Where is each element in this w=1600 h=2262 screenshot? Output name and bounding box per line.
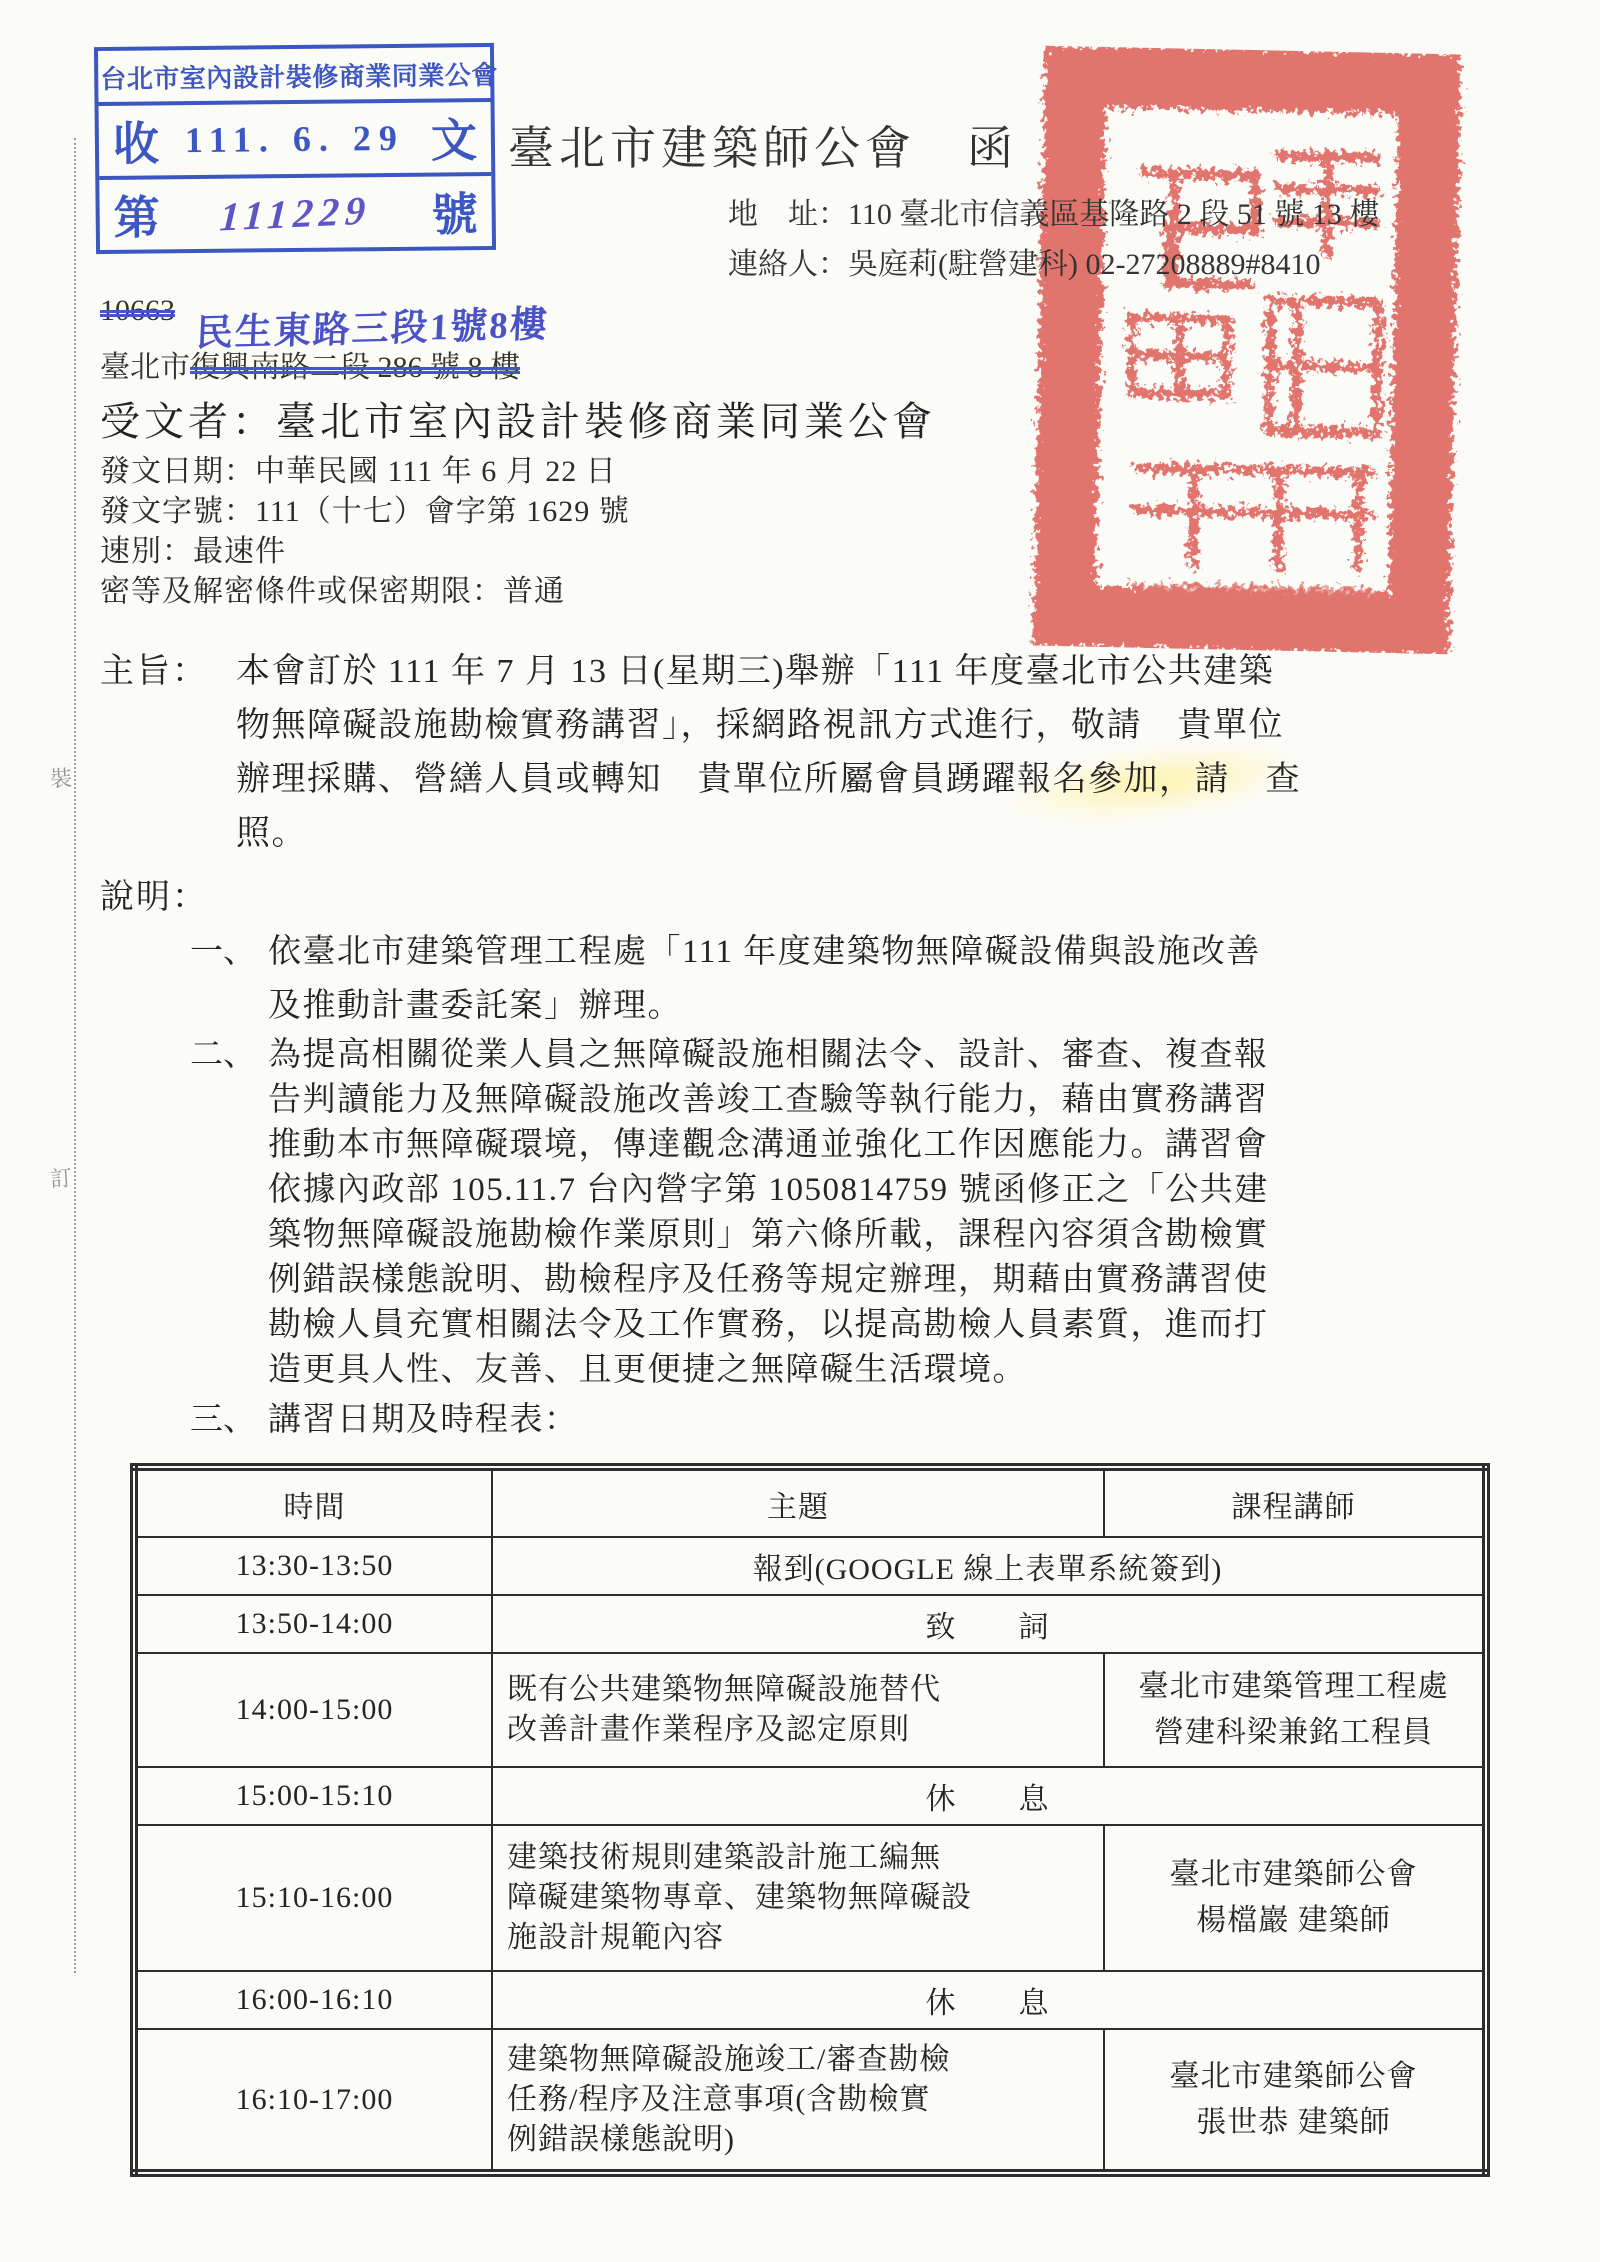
text-line: 臺北市建築師公會 xyxy=(1113,2054,1474,2100)
document-title: 臺北市建築師公會 函 xyxy=(508,112,1018,178)
receipt-stamp-date: 111. 6. 29 xyxy=(185,117,405,161)
text-line: 推動本市無障礙環境，傳達觀念溝通並強化工作因應能力。講習會 xyxy=(268,1123,1269,1168)
schedule-row: 15:10-16:00 建築技術規則建築設計施工編無 障礙建築物專章、建築物無障… xyxy=(134,1825,1486,1971)
text-line: 臺北市建築管理工程處 xyxy=(1113,1664,1474,1710)
header-time: 時間 xyxy=(134,1467,492,1537)
time-cell: 14:00-15:00 xyxy=(134,1653,492,1767)
receipt-stamp-number-row: 第 111229 號 xyxy=(99,176,492,250)
text-line: 建築技術規則建築設計施工編無 xyxy=(507,1838,1095,1878)
binding-dotted-line xyxy=(74,138,76,1973)
receipt-stamp-number-suffix: 號 xyxy=(431,178,478,244)
issue-date-line: 發文日期：中華民國 111 年 6 月 22 日 xyxy=(100,452,630,492)
topic-cell: 建築技術規則建築設計施工編無 障礙建築物專章、建築物無障礙設 施設計規範內容 xyxy=(492,1825,1104,1971)
subject-label: 主旨： xyxy=(100,645,236,861)
explanation-item-3: 三、 講習日期及時程表： xyxy=(190,1393,1520,1447)
text-line: 障礙建築物專章、建築物無障礙設 xyxy=(507,1878,1095,1918)
text-line: 營建科梁兼銘工程員 xyxy=(1113,1710,1474,1756)
schedule-row: 16:00-16:10 休 息 xyxy=(134,1971,1486,2029)
item-lines: 依臺北市建築管理工程處「111 年度建築物無障礙設備與設施改善 及推動計畫委託案… xyxy=(268,925,1261,1033)
text-line: 及推動計畫委託案」辦理。 xyxy=(268,979,1261,1033)
topic-cell: 建築物無障礙設施竣工/審查勘檢 任務/程序及注意事項(含勘檢實 例錯誤樣態說明) xyxy=(492,2029,1104,2173)
lecturer-cell: 臺北市建築師公會 張世恭 建築師 xyxy=(1104,2029,1486,2173)
text-line: 施設計規範內容 xyxy=(507,1918,1095,1958)
text-line: 依臺北市建築管理工程處「111 年度建築物無障礙設備與設施改善 xyxy=(268,925,1261,979)
header-topic: 主題 xyxy=(492,1467,1104,1537)
text-line: 建築物無障礙設施竣工/審查勘檢 xyxy=(507,2040,1095,2080)
time-cell: 16:10-17:00 xyxy=(134,2029,492,2173)
item-number: 三、 xyxy=(190,1393,268,1447)
security-class-line: 密等及解密條件或保密期限：普通 xyxy=(100,572,630,612)
text-line: 張世恭 建築師 xyxy=(1113,2100,1474,2146)
old-address-line: 臺北市復興南路二段 286 號 8 樓 xyxy=(100,342,520,386)
text-line: 改善計畫作業程序及認定原則 xyxy=(507,1710,1095,1750)
text-line: 照。 xyxy=(236,807,1301,861)
item-lines: 為提高相關從業人員之無障礙設施相關法令、設計、審查、複查報 告判讀能力及無障礙設… xyxy=(268,1033,1269,1393)
receipt-stamp: 台北市室內設計裝修商業同業公會 收 111. 6. 29 文 第 111229 … xyxy=(94,43,496,254)
subject-paragraph: 主旨： 本會訂於 111 年 7 月 13 日(星期三)舉辦「111 年度臺北市… xyxy=(100,645,1520,861)
text-line: 物無障礙設施勘檢實務講習」，採網路視訊方式進行，敬請 貴單位 xyxy=(236,699,1301,753)
explanation-item-2: 二、 為提高相關從業人員之無障礙設施相關法令、設計、審查、複查報 告判讀能力及無… xyxy=(190,1033,1520,1393)
old-address-city: 臺北市 xyxy=(100,351,190,384)
schedule-row: 14:00-15:00 既有公共建築物無障礙設施替代 改善計畫作業程序及認定原則… xyxy=(134,1653,1486,1767)
recipient-name: 臺北市室內設計裝修商業同業公會 xyxy=(276,399,936,444)
explanation-item-1: 一、 依臺北市建築管理工程處「111 年度建築物無障礙設備與設施改善 及推動計畫… xyxy=(190,925,1520,1033)
receipt-stamp-date-row: 收 111. 6. 29 文 xyxy=(99,102,492,180)
old-zip-line: 10663 xyxy=(100,294,175,328)
receipt-stamp-doc-label: 文 xyxy=(431,104,478,170)
item-number: 二、 xyxy=(190,1033,268,1393)
text-line: 築物無障礙設施勘檢作業原則」第六條所載，課程內容須含勘檢實 xyxy=(268,1213,1269,1258)
receipt-stamp-org: 台北市室內設計裝修商業同業公會 xyxy=(98,47,491,106)
old-zip-struck: 10663 xyxy=(100,294,175,327)
text-line: 為提高相關從業人員之無障礙設施相關法令、設計、審查、複查報 xyxy=(268,1033,1269,1078)
text-line: 楊檔巖 建築師 xyxy=(1113,1898,1474,1944)
subject-lines: 本會訂於 111 年 7 月 13 日(星期三)舉辦「111 年度臺北市公共建築… xyxy=(236,645,1301,861)
org-address-line: 地 址：110 臺北市信義區基隆路 2 段 51 號 13 樓 xyxy=(728,190,1379,240)
text-line: 勘檢人員充實相關法令及工作實務，以提高勘檢人員素質，進而打 xyxy=(268,1303,1269,1348)
schedule-row: 15:00-15:10 休 息 xyxy=(134,1767,1486,1825)
text-line: 臺北市建築師公會 xyxy=(1113,1852,1474,1898)
document-body: 主旨： 本會訂於 111 年 7 月 13 日(星期三)舉辦「111 年度臺北市… xyxy=(100,645,1520,2177)
time-cell: 15:00-15:10 xyxy=(134,1767,492,1825)
schedule-table: 時間 主題 課程講師 13:30-13:50 報到(GOOGLE 線上表單系統簽… xyxy=(130,1463,1490,2177)
text-line: 依據內政部 105.11.7 台內營字第 1050814759 號函修正之「公共… xyxy=(268,1168,1269,1213)
header-lecturer: 課程講師 xyxy=(1104,1467,1486,1537)
doc-number-line: 發文字號：111（十七）會字第 1629 號 xyxy=(100,492,630,532)
schedule-row: 13:30-13:50 報到(GOOGLE 線上表單系統簽到) xyxy=(134,1537,1486,1595)
topic-cell: 既有公共建築物無障礙設施替代 改善計畫作業程序及認定原則 xyxy=(492,1653,1104,1767)
item-number: 一、 xyxy=(190,925,268,1033)
item-lines: 講習日期及時程表： xyxy=(268,1393,579,1447)
schedule-row: 13:50-14:00 致 詞 xyxy=(134,1595,1486,1653)
text-line: 例錯誤樣態說明) xyxy=(507,2120,1095,2160)
text-line: 既有公共建築物無障礙設施替代 xyxy=(507,1670,1095,1710)
old-address-struck: 復興南路二段 286 號 8 樓 xyxy=(190,351,520,384)
merged-cell: 休 息 xyxy=(492,1767,1486,1825)
time-cell: 15:10-16:00 xyxy=(134,1825,492,1971)
text-line: 例錯誤樣態說明、勘檢程序及任務等規定辦理，期藉由實務講習使 xyxy=(268,1258,1269,1303)
schedule-header-row: 時間 主題 課程講師 xyxy=(134,1467,1486,1537)
receipt-stamp-receive-label: 收 xyxy=(113,107,160,173)
merged-cell: 致 詞 xyxy=(492,1595,1486,1653)
text-line: 任務/程序及注意事項(含勘檢實 xyxy=(507,2080,1095,2120)
speed-class-line: 速別：最速件 xyxy=(100,532,630,572)
official-red-seal-icon xyxy=(1026,46,1468,655)
time-cell: 16:00-16:10 xyxy=(134,1971,492,2029)
org-contact-line: 連絡人：吳庭莉(駐營建科) 02-27208889#8410 xyxy=(728,240,1379,290)
receipt-stamp-number: 111229 xyxy=(219,186,373,240)
text-line: 本會訂於 111 年 7 月 13 日(星期三)舉辦「111 年度臺北市公共建築 xyxy=(236,645,1301,699)
time-cell: 13:50-14:00 xyxy=(134,1595,492,1653)
lecturer-cell: 臺北市建築師公會 楊檔巖 建築師 xyxy=(1104,1825,1486,1971)
binding-label-bottom: 訂 xyxy=(45,1161,77,1194)
schedule-row: 16:10-17:00 建築物無障礙設施竣工/審查勘檢 任務/程序及注意事項(含… xyxy=(134,2029,1486,2173)
recipient-label: 受文者： xyxy=(100,399,276,444)
text-line: 告判讀能力及無障礙設施改善竣工查驗等執行能力，藉由實務講習 xyxy=(268,1078,1269,1123)
merged-cell: 報到(GOOGLE 線上表單系統簽到) xyxy=(492,1537,1486,1595)
document-page: 裝 訂 台北市室內設計裝修商業同業公會 收 111. 6. 29 文 第 111… xyxy=(0,0,1600,2262)
text-line: 造更具人性、友善、且更便捷之無障礙生活環境。 xyxy=(268,1348,1269,1393)
explanation-heading: 說明： xyxy=(100,871,1520,925)
text-line: 辦理採購、營繕人員或轉知 貴單位所屬會員踴躍報名參加，請 查 xyxy=(236,753,1301,807)
time-cell: 13:30-13:50 xyxy=(134,1537,492,1595)
receipt-stamp-number-prefix: 第 xyxy=(113,181,160,247)
merged-cell: 休 息 xyxy=(492,1971,1486,2029)
org-address-block: 地 址：110 臺北市信義區基隆路 2 段 51 號 13 樓 連絡人：吳庭莉(… xyxy=(728,190,1379,290)
document-meta-block: 發文日期：中華民國 111 年 6 月 22 日 發文字號：111（十七）會字第… xyxy=(100,452,630,612)
binding-label-top: 裝 xyxy=(45,761,77,794)
text-line: 講習日期及時程表： xyxy=(268,1393,579,1447)
recipient-line: 受文者：臺北市室內設計裝修商業同業公會 xyxy=(100,390,936,447)
lecturer-cell: 臺北市建築管理工程處 營建科梁兼銘工程員 xyxy=(1104,1653,1486,1767)
